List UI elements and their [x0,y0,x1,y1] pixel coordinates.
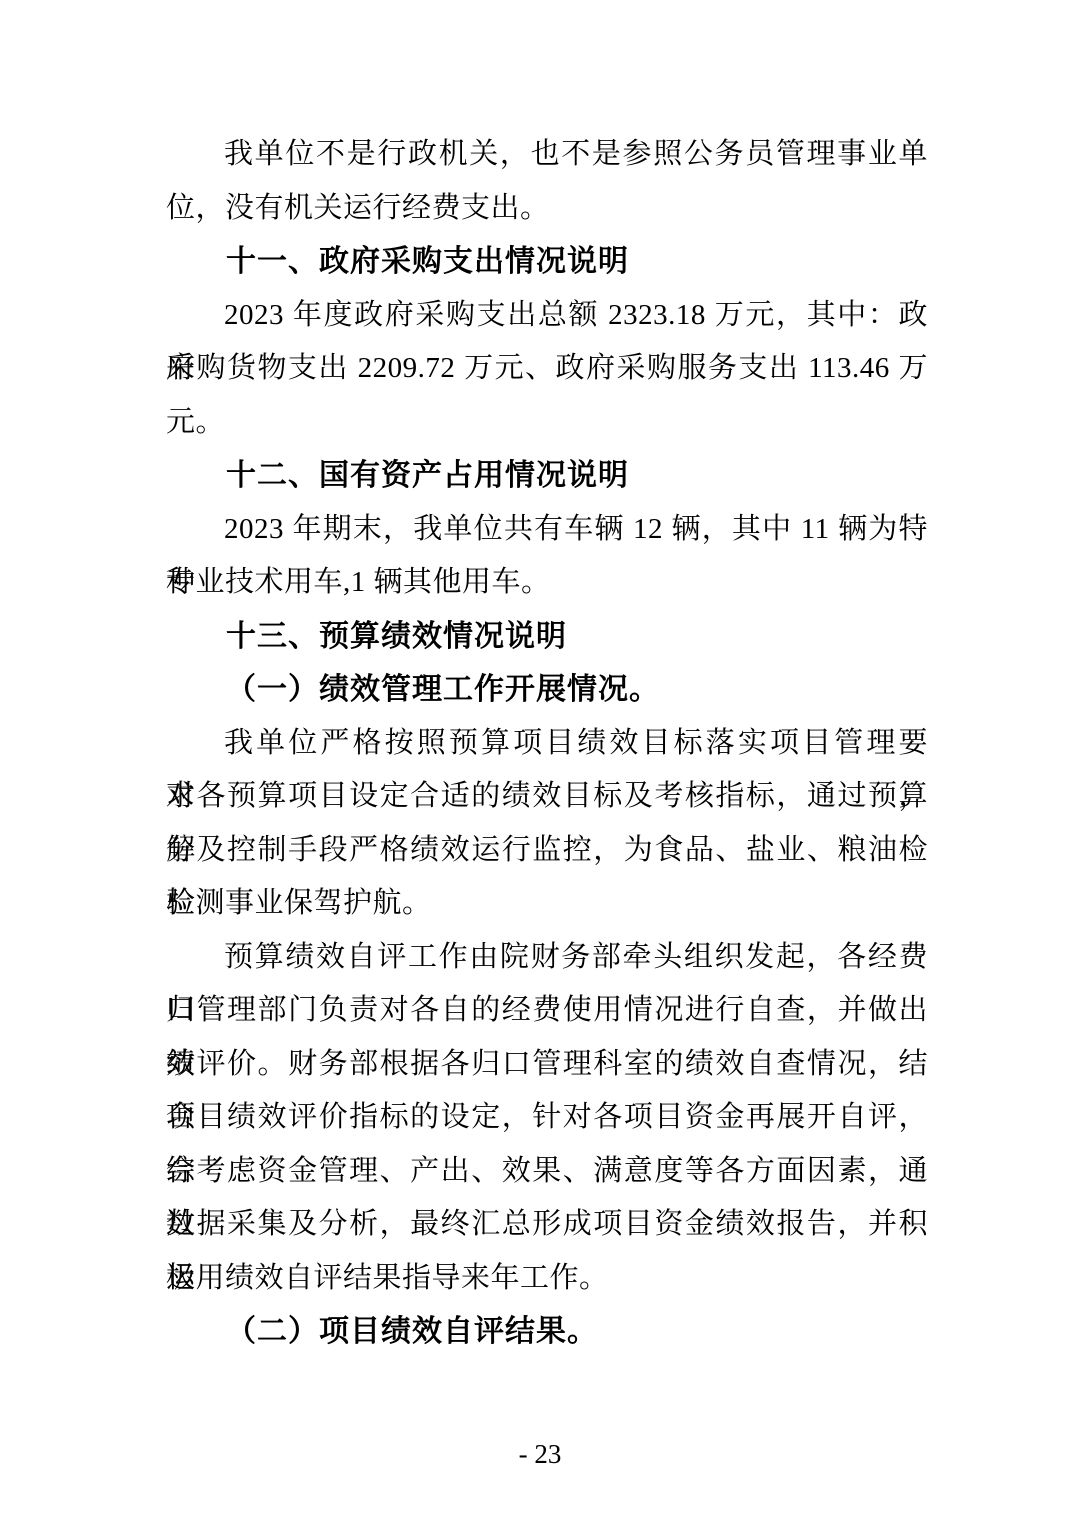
text-line: 预算绩效自评工作由院财务部牵头组织发起，各经费归 [166,931,928,985]
text-line: 效评价。财务部根据各归口管理科室的绩效自查情况，结合 [166,1038,928,1092]
text-line: 采购货物支出 2209.72 万元、政府采购服务支出 113.46 万 [166,342,928,396]
text-line: 元。 [166,396,928,450]
section-heading: 十二、国有资产占用情况说明 [166,449,928,503]
paragraph: 预算绩效自评工作由院财务部牵头组织发起，各经费归口管理部门负责对各自的经费使用情… [166,931,928,1306]
text-line: 解及控制手段严格绩效运行监控，为食品、盐业、粮油检验 [166,824,928,878]
section-heading: 十一、政府采购支出情况说明 [166,235,928,289]
text-line: 2023 年度政府采购支出总额 2323.18 万元，其中：政府 [166,289,928,343]
paragraph: 我单位不是行政机关，也不是参照公务员管理事业单位，没有机关运行经费支出。 [166,128,928,235]
text-line: 检测事业保驾护航。 [166,877,928,931]
section-heading: 十三、预算绩效情况说明 [166,610,928,664]
text-line: 数据采集及分析，最终汇总形成项目资金绩效报告，并积极 [166,1198,928,1252]
page-number: - 23 [0,1437,1080,1471]
text-line: （二）项目绩效自评结果。 [166,1305,928,1359]
document-blocks: 我单位不是行政机关，也不是参照公务员管理事业单位，没有机关运行经费支出。十一、政… [166,128,928,1359]
text-line: 运用绩效自评结果指导来年工作。 [166,1252,928,1306]
paragraph: 我单位严格按照预算项目绩效目标落实项目管理要求，对各预算项目设定合适的绩效目标及… [166,717,928,931]
sub-heading: （二）项目绩效自评结果。 [166,1305,928,1359]
text-line: 位，没有机关运行经费支出。 [166,182,928,236]
text-line: 专业技术用车,1 辆其他用车。 [166,556,928,610]
text-line: 项目绩效评价指标的设定，针对各项目资金再展开自评，综 [166,1091,928,1145]
text-line: 2023 年期末，我单位共有车辆 12 辆，其中 11 辆为特种 [166,503,928,557]
text-line: 十二、国有资产占用情况说明 [166,449,928,503]
document-page: 我单位不是行政机关，也不是参照公务员管理事业单位，没有机关运行经费支出。十一、政… [0,0,1080,1527]
text-line: 十三、预算绩效情况说明 [166,610,928,664]
text-line: 十一、政府采购支出情况说明 [166,235,928,289]
paragraph: 2023 年期末，我单位共有车辆 12 辆，其中 11 辆为特种专业技术用车,1… [166,503,928,610]
text-line: （一）绩效管理工作开展情况。 [166,663,928,717]
sub-heading: （一）绩效管理工作开展情况。 [166,663,928,717]
text-line: 我单位严格按照预算项目绩效目标落实项目管理要求， [166,717,928,771]
text-line: 对各预算项目设定合适的绩效目标及考核指标，通过预算分 [166,770,928,824]
text-line: 我单位不是行政机关，也不是参照公务员管理事业单 [166,128,928,182]
paragraph: 2023 年度政府采购支出总额 2323.18 万元，其中：政府采购货物支出 2… [166,289,928,450]
text-line: 合考虑资金管理、产出、效果、满意度等各方面因素，通过 [166,1145,928,1199]
text-line: 口管理部门负责对各自的经费使用情况进行自查，并做出绩 [166,984,928,1038]
